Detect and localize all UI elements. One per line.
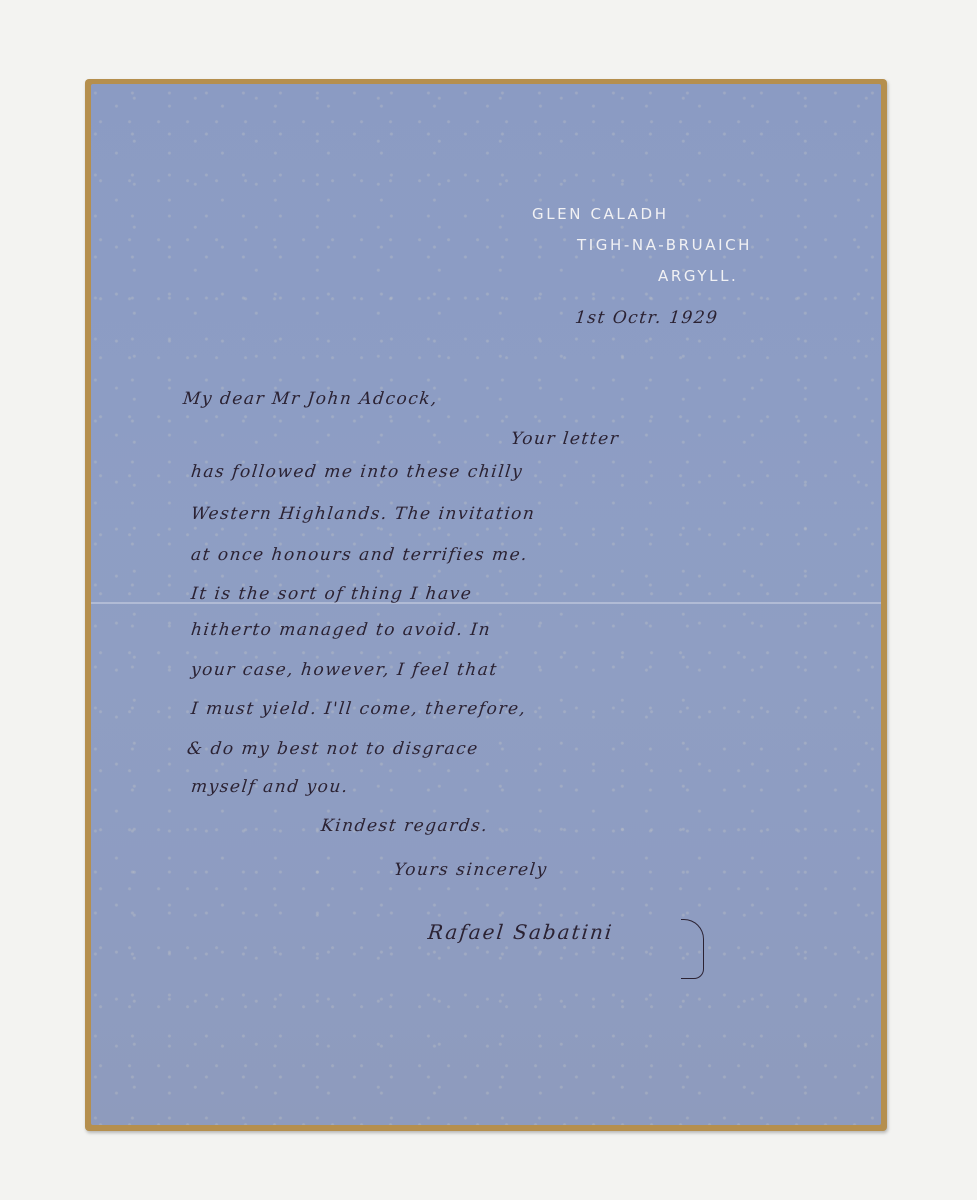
valediction: Yours sincerely xyxy=(393,860,549,880)
body-line: Western Highlands. The invitation xyxy=(190,504,536,524)
body-line: Your letter xyxy=(510,429,620,449)
body-line: at once honours and terrifies me. xyxy=(190,545,529,565)
letter-date: 1st Octr. 1929 xyxy=(574,308,720,328)
letter-card: GLEN CALADH TIGH-NA-BRUAICH ARGYLL. 1st … xyxy=(85,79,887,1131)
signature-flourish xyxy=(681,919,704,979)
letterhead-line-3: ARGYLL. xyxy=(658,267,738,285)
paper-texture xyxy=(91,84,881,1125)
body-line: has followed me into these chilly xyxy=(190,462,524,482)
salutation: My dear Mr John Adcock, xyxy=(182,389,439,409)
signature: Rafael Sabatini xyxy=(427,920,615,944)
body-line: hitherto managed to avoid. In xyxy=(190,620,492,640)
letterhead-line-2: TIGH-NA-BRUAICH xyxy=(577,236,752,254)
body-line: & do my best not to disgrace xyxy=(186,739,480,759)
letterhead-line-1: GLEN CALADH xyxy=(532,205,669,223)
letter-paper: GLEN CALADH TIGH-NA-BRUAICH ARGYLL. 1st … xyxy=(91,84,881,1125)
closing: Kindest regards. xyxy=(320,816,489,836)
body-line: myself and you. xyxy=(190,777,350,797)
body-line: I must yield. I'll come, therefore, xyxy=(190,699,528,719)
body-line: It is the sort of thing I have xyxy=(190,584,473,604)
body-line: your case, however, I feel that xyxy=(190,660,499,680)
